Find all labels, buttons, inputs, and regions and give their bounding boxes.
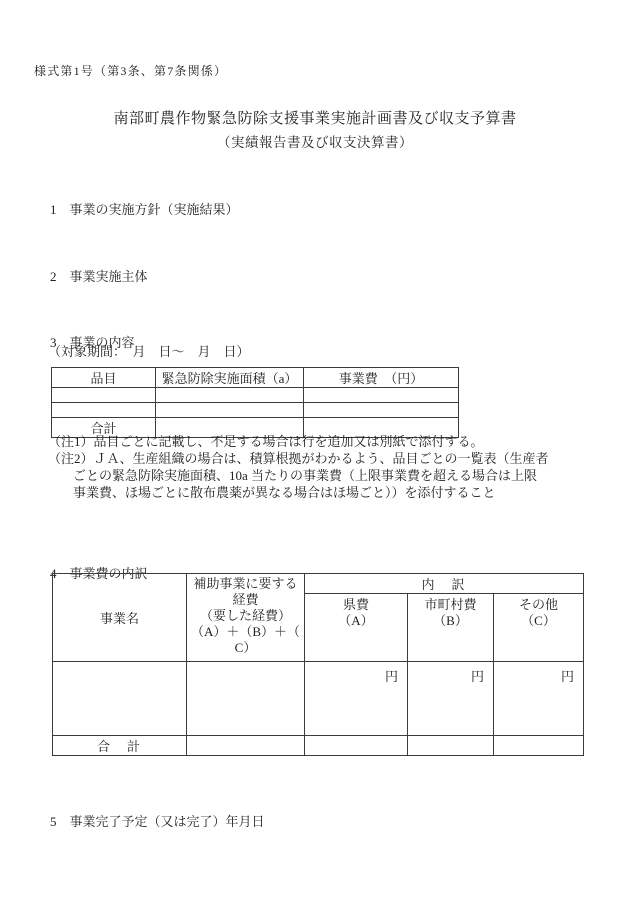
t2-municipal-yen-cell: 円 (408, 662, 494, 736)
t2-expense-cell (187, 662, 305, 736)
document-page: 様式第1号（第3条、第7条関係） 南部町農作物緊急防除支援事業実施計画書及び収支… (0, 0, 630, 903)
t1-header-area: 緊急防除実施面積（a） (156, 368, 304, 388)
section-5-title: 事業完了予定（又は完了）年月日 (70, 814, 265, 829)
t1-cost-cell (304, 403, 459, 418)
t2-breakdown-header: 内 訳 (305, 574, 584, 594)
section-5-heading: 5事業完了予定（又は完了）年月日 (37, 795, 265, 846)
section-2-title: 事業実施主体 (70, 269, 148, 284)
section-5-number: 5 (50, 814, 57, 830)
t2-pref-header: 県費 （A） (305, 594, 408, 662)
section-1-heading: 1事業の実施方針（実施結果） (37, 183, 239, 234)
t2-total-row: 合 計 (53, 736, 584, 756)
t2-pref-header-name: 県費 (305, 597, 407, 613)
t2-municipal-header-name: 市町村費 (408, 597, 493, 613)
t2-other-header-code: （C） (494, 613, 583, 629)
section-1-number: 1 (50, 202, 57, 218)
note-2-line-3: 事業費、ほ場ごとに散布農薬が異なる場合はほ場ごと））を添付すること (48, 484, 549, 501)
note-2-line-1: （注2）ＪＡ、生産組織の場合は、積算根拠がわかるよう、品目ごとの一覧表（生産者 (48, 450, 549, 467)
t1-item-cell (52, 403, 156, 418)
t2-other-yen-cell: 円 (494, 662, 584, 736)
t2-other-header-name: その他 (494, 597, 583, 613)
document-subtitle: （実績報告書及び収支決算書） (0, 131, 630, 151)
note-2-line-2: ごとの緊急防除実施面積、10a 当たりの事業費（上限事業費を超える場合は上限 (48, 467, 549, 484)
t2-pref-header-code: （A） (305, 613, 407, 629)
t2-total-label: 合 計 (53, 736, 187, 756)
t1-header-cost: 事業費 （円） (304, 368, 459, 388)
t2-header-row-1: 事業名 補助事業に要する 経費 （要した経費） （A）＋（B）＋（ C） 内 訳 (53, 574, 584, 594)
t2-pref-yen-cell: 円 (305, 662, 408, 736)
t1-item-cell (52, 388, 156, 403)
document-title: 南部町農作物緊急防除支援事業実施計画書及び収支予算書 (0, 107, 630, 128)
t1-header-row: 品目 緊急防除実施面積（a） 事業費 （円） (52, 368, 459, 388)
form-number-label: 様式第1号（第3条、第7条関係） (34, 62, 227, 79)
t2-total-other-cell (494, 736, 584, 756)
t2-project-name-cell (53, 662, 187, 736)
t2-expense-header-line: 補助事業に要する (187, 576, 304, 592)
note-1-line: （注1）品目ごとに記載し、不足する場合は行を追加又は別紙で添付する。 (48, 433, 549, 450)
t2-total-pref-cell (305, 736, 408, 756)
t2-other-header: その他 （C） (494, 594, 584, 662)
t2-entry-row: 円 円 円 (53, 662, 584, 736)
cost-breakdown-table: 事業名 補助事業に要する 経費 （要した経費） （A）＋（B）＋（ C） 内 訳… (52, 573, 584, 756)
section-3-notes: （注1）品目ごとに記載し、不足する場合は行を追加又は別紙で添付する。 （注2）Ｊ… (48, 433, 549, 501)
t1-empty-row (52, 388, 459, 403)
t2-project-name-header: 事業名 (53, 574, 187, 662)
t1-cost-cell (304, 388, 459, 403)
t1-header-item: 品目 (52, 368, 156, 388)
section-2-number: 2 (50, 269, 57, 285)
t2-expense-header-line: （A）＋（B）＋（ (187, 624, 304, 640)
t1-area-cell (156, 403, 304, 418)
t1-area-cell (156, 388, 304, 403)
target-period-line: （対象期間： 月 日～ 月 日） (48, 341, 250, 360)
project-content-table: 品目 緊急防除実施面積（a） 事業費 （円） 合計 (51, 367, 459, 438)
t2-expense-header-line: C） (187, 640, 304, 656)
t1-empty-row (52, 403, 459, 418)
section-2-heading: 2事業実施主体 (37, 250, 148, 301)
t2-total-municipal-cell (408, 736, 494, 756)
t2-total-expense-cell (187, 736, 305, 756)
t2-expense-header: 補助事業に要する 経費 （要した経費） （A）＋（B）＋（ C） (187, 574, 305, 662)
section-1-title: 事業の実施方針（実施結果） (70, 202, 239, 217)
t2-municipal-header-code: （B） (408, 613, 493, 629)
t2-expense-header-line: （要した経費） (187, 608, 304, 624)
t2-municipal-header: 市町村費 （B） (408, 594, 494, 662)
t2-expense-header-line: 経費 (187, 592, 304, 608)
